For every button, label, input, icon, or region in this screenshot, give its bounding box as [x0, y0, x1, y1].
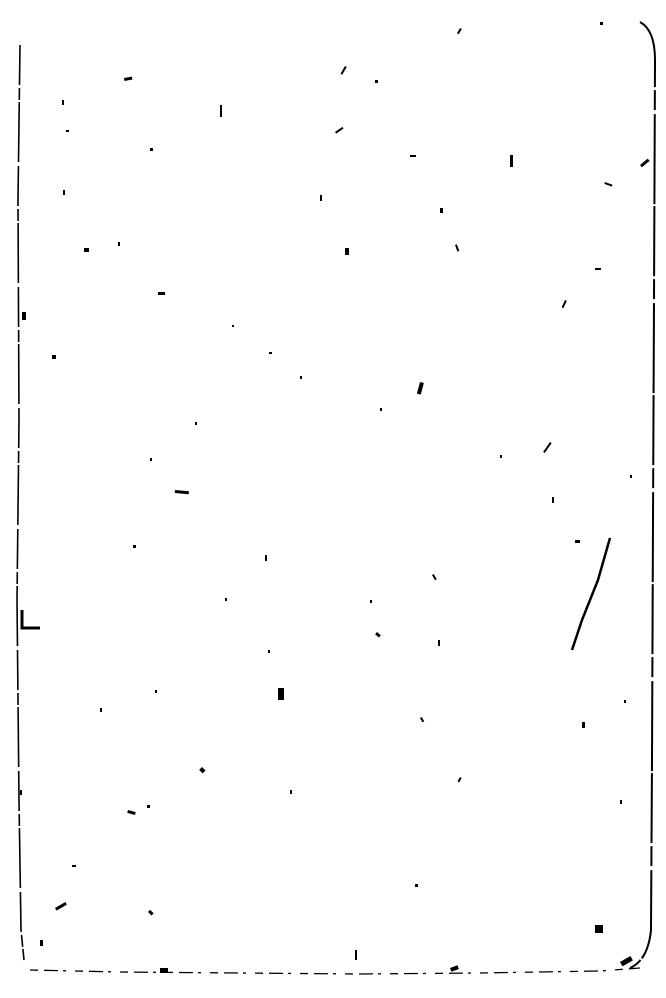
scan-speck [52, 355, 56, 359]
scan-speck [300, 376, 302, 379]
scan-speck [595, 925, 603, 933]
scan-speck [22, 312, 26, 320]
page-border-left [17, 45, 24, 960]
scan-speck [220, 105, 222, 117]
scan-speck [375, 80, 378, 83]
scan-speck [630, 475, 632, 478]
scan-speck [624, 700, 626, 703]
scan-speck [40, 940, 43, 946]
scan-speck [620, 800, 622, 804]
scan-speck [84, 248, 89, 252]
scan-speck [62, 100, 64, 105]
scan-speck [175, 490, 189, 494]
scan-speck [160, 968, 168, 973]
scan-speck [265, 555, 267, 561]
scan-speck [582, 722, 585, 728]
scan-speck [410, 155, 416, 157]
scan-speck [432, 574, 437, 580]
scan-speck [20, 790, 22, 795]
scan-speck [640, 159, 650, 168]
scan-speck [278, 688, 284, 700]
scan-speck [195, 422, 197, 425]
scan-speck [575, 540, 580, 543]
scan-speck [345, 248, 349, 255]
scan-speck [543, 442, 552, 453]
blank-scanned-page [0, 0, 666, 998]
scan-speck [147, 805, 150, 808]
scan-speck [290, 790, 292, 794]
scan-speck [232, 325, 234, 327]
scan-speck [133, 545, 136, 548]
scan-speck [370, 600, 372, 603]
scan-speck [341, 66, 347, 75]
scan-speck [269, 352, 272, 354]
scan-speck [450, 965, 459, 971]
scan-speck [268, 650, 270, 653]
scan-speck [620, 956, 633, 966]
scan-speck [155, 690, 157, 693]
scan-mark [572, 538, 610, 650]
scan-speck [415, 884, 418, 887]
scan-speck [320, 195, 322, 201]
scan-speck [458, 777, 462, 782]
scan-speck [199, 767, 205, 773]
scan-speck [375, 632, 381, 638]
scan-speck [552, 497, 554, 503]
scan-speck [604, 182, 612, 187]
scan-speck [118, 242, 120, 246]
scan-speck [500, 455, 502, 458]
scan-speck [595, 268, 601, 270]
scan-speck [380, 408, 382, 411]
scan-speck [457, 28, 462, 34]
scan-speck [55, 902, 67, 911]
scan-speck [440, 208, 443, 213]
scan-noise-layer [0, 0, 666, 998]
scan-speck [72, 865, 76, 867]
scan-speck [355, 950, 357, 960]
scan-speck [335, 127, 344, 134]
scan-mark [22, 610, 40, 628]
scan-speck [455, 244, 459, 251]
scan-speck [127, 810, 136, 815]
scan-speck [438, 640, 440, 646]
scan-speck [150, 148, 153, 151]
scan-speck [510, 155, 513, 167]
page-border-bottom [30, 968, 640, 974]
scan-speck [225, 598, 227, 601]
scan-speck [100, 708, 102, 712]
scan-speck [148, 910, 154, 916]
scan-speck [600, 22, 603, 25]
scan-speck [124, 77, 132, 81]
scan-speck [66, 130, 69, 132]
scan-speck [63, 190, 65, 195]
scan-speck [417, 382, 424, 395]
scan-speck [158, 292, 165, 295]
scan-speck [562, 300, 567, 308]
scan-speck [150, 458, 152, 461]
scan-speck [420, 717, 424, 722]
